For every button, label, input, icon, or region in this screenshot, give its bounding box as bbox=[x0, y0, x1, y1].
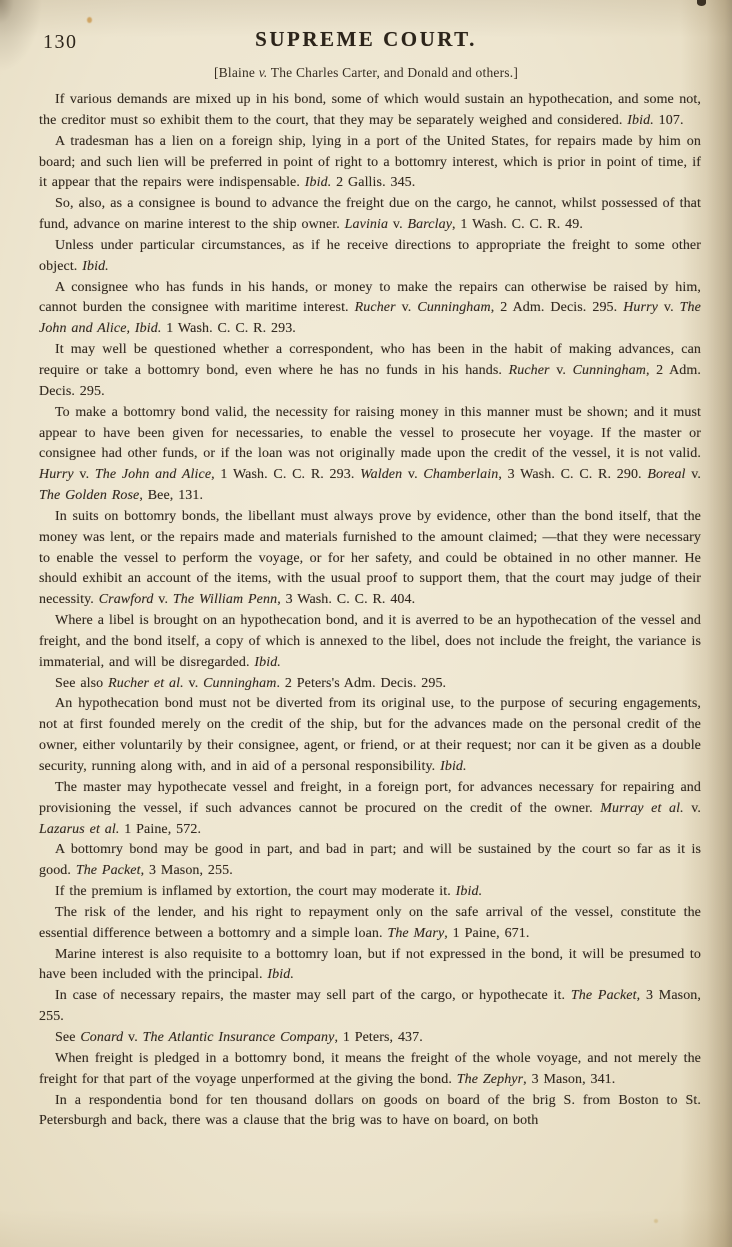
body-paragraphs: If various demands are mixed up in his b… bbox=[39, 90, 701, 1132]
paragraph: A consignee who has funds in his hands, … bbox=[39, 278, 701, 341]
paragraph: It may well be questioned whether a corr… bbox=[39, 340, 701, 403]
paragraph: In case of necessary repairs, the master… bbox=[39, 986, 701, 1028]
page-header: 130 SUPREME COURT. bbox=[0, 27, 732, 52]
paragraph: A tradesman has a lien on a foreign ship… bbox=[39, 132, 701, 195]
page-number: 130 bbox=[43, 31, 78, 54]
paragraph: The master may hypothecate vessel and fr… bbox=[39, 778, 701, 841]
paragraph: The risk of the lender, and his right to… bbox=[39, 903, 701, 945]
caption-rest: The Charles Carter, and Donald and other… bbox=[267, 65, 518, 80]
case-caption: [Blaine v. The Charles Carter, and Donal… bbox=[0, 65, 732, 81]
paragraph: Marine interest is also requisite to a b… bbox=[39, 945, 701, 987]
paragraph: Where a libel is brought on an hypotheca… bbox=[39, 611, 701, 674]
paragraph: If various demands are mixed up in his b… bbox=[39, 90, 701, 132]
running-title: SUPREME COURT. bbox=[0, 27, 732, 52]
paragraph: An hypothecation bond must not be divert… bbox=[39, 694, 701, 777]
paragraph: See also Rucher et al. v. Cunningham. 2 … bbox=[39, 674, 701, 695]
caption-open: [Blaine bbox=[214, 65, 259, 80]
book-page: 130 SUPREME COURT. [Blaine v. The Charle… bbox=[0, 0, 732, 1247]
paragraph: Unless under particular circumstances, a… bbox=[39, 236, 701, 278]
paragraph: So, also, as a consignee is bound to adv… bbox=[39, 194, 701, 236]
paragraph: To make a bottomry bond valid, the neces… bbox=[39, 403, 701, 507]
paragraph: If the premium is inflamed by extortion,… bbox=[39, 882, 701, 903]
paragraph: When freight is pledged in a bottomry bo… bbox=[39, 1049, 701, 1091]
paragraph: See Conard v. The Atlantic Insurance Com… bbox=[39, 1028, 701, 1049]
paragraph: In suits on bottomry bonds, the libellan… bbox=[39, 507, 701, 611]
stain-spot bbox=[87, 17, 92, 23]
paragraph: In a respondentia bond for ten thousand … bbox=[39, 1091, 701, 1133]
paragraph: A bottomry bond may be good in part, and… bbox=[39, 840, 701, 882]
ink-speck bbox=[697, 0, 706, 6]
stain-spot bbox=[654, 1219, 658, 1223]
